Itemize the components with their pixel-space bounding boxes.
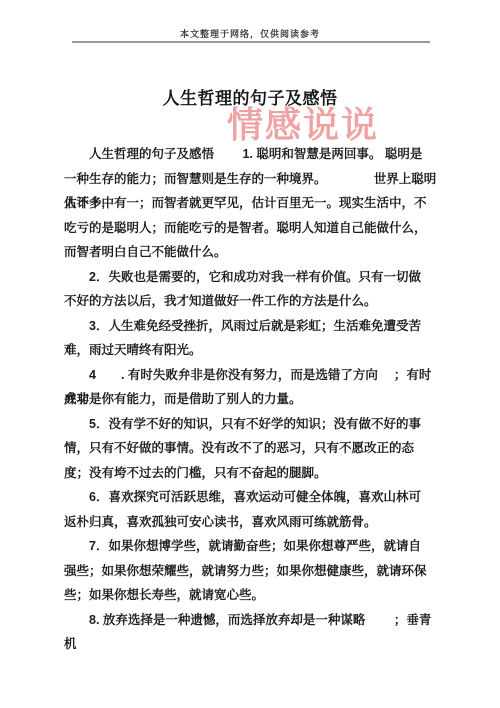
text-line: 2．失败也是需要的，它和成功对我一样有价值。只有一切做 <box>64 265 442 290</box>
text-line: 度；没有垮不过去的门槛，只有不奋起的腿脚。 <box>64 461 442 486</box>
text-line: 强些；如果你想荣耀些，就请努力些；如果你想健康些，就请环保 <box>64 559 442 584</box>
text-line: 一种生存的能力；而智慧则是生存的一种境界。 世界上聪明人不多, <box>64 167 442 192</box>
text-line: 弁非是你有能力，而是借助了别人的力量。 <box>64 387 442 412</box>
text-line: 8. 放弃选择是一种遗憾，而选择放弃却是一种谋略 ；垂青机 <box>64 608 442 633</box>
text-line: 不好的方法以后，我才知道做好一件工作的方法是什么。 <box>64 289 442 314</box>
text-line: 6．喜欢探究可活跃思维，喜欢运动可健全体魄，喜欢山林可 <box>64 485 442 510</box>
text-line: 难，雨过天晴终有阳光。 <box>64 338 442 363</box>
text-line: 估计十中有一；而智者就更罕见，估计百里无一。现实生活中，不 <box>64 191 442 216</box>
text-line: 5．没有学不好的知识，只有不好学的知识；没有做不好的事 <box>64 412 442 437</box>
text-line: 吃亏的是聪明人；而能吃亏的是智者。聪明人知道自己能做什么， <box>64 216 442 241</box>
text-line: 些；如果你想长寿些，就请宽心些。 <box>64 583 442 608</box>
page-title: 人生哲理的句子及感悟 <box>0 84 500 109</box>
document-page: 本文整理于网络，仅供阅读参考 情感说说 人生哲理的句子及感悟 人生哲理的句子及感… <box>0 0 500 708</box>
header-notice: 本文整理于网络，仅供阅读参考 <box>0 27 500 40</box>
text-line: 7．如果你想博学些，就请勤奋些；如果你想尊严些，就请自 <box>64 534 442 559</box>
text-line: 返朴归真，喜欢孤独可安心读书，喜欢风雨可练就筋骨。 <box>64 510 442 535</box>
text-line: 4 . 有时失败弁非是你没有努力，而是选错了方向 ；有时成功 <box>64 363 442 388</box>
text-line: 情，只有不好做的事情。没有改不了的恶习，只有不愿改正的态 <box>64 436 442 461</box>
header-divider <box>72 41 430 43</box>
body-text: 人生哲理的句子及感悟 1. 聪明和智慧是两回事。 聪明是一种生存的能力；而智慧则… <box>64 142 442 632</box>
text-line: 而智者明白自己不能做什么。 <box>64 240 442 265</box>
text-line: 3．人生难免经受挫折，风雨过后就是彩虹；生活难免遭受苦 <box>64 314 442 339</box>
